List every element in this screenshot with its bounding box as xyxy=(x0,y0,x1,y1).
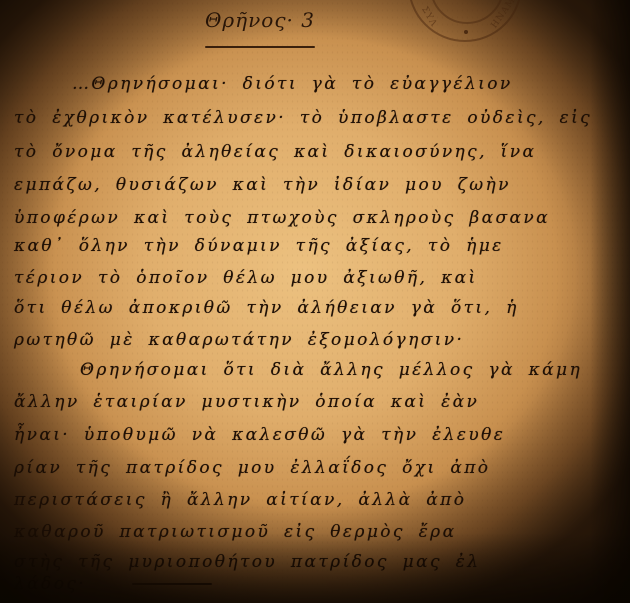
bottom-edge-shadow xyxy=(0,533,630,603)
manuscript-page: ΣΥΛ ΗΝΑΜ Θρῆνος· 3 …Θρηνήσομαι· διότι γὰ… xyxy=(0,0,630,603)
manuscript-heading: Θρῆνος· 3 xyxy=(205,8,315,32)
manuscript-line: ὑποφέρων καὶ τοὺς πτωχοὺς σκληροὺς βασαν… xyxy=(14,208,550,228)
stamp-left-text: ΣΥΛ xyxy=(419,5,439,29)
archive-stamp: ΣΥΛ ΗΝΑΜ xyxy=(408,0,522,42)
manuscript-line: ὅτι θέλω ἀποκριθῶ τὴν ἀλήθειαν γὰ ὅτι, ἡ xyxy=(14,298,519,318)
manuscript-line: ἦναι· ὑποθυμῶ νὰ καλεσθῶ γὰ τὴν ἐλευθε xyxy=(14,425,505,445)
manuscript-line: Θρηνήσομαι ὅτι διὰ ἄλλης μέλλος γὰ κάμη xyxy=(80,360,582,380)
heading-underline xyxy=(205,46,315,48)
manuscript-line: εμπάζω, θυσιάζων καὶ τὴν ἰδίαν μου ζωὴν xyxy=(14,175,511,195)
right-edge-shadow xyxy=(590,0,630,603)
manuscript-line: ρωτηθῶ μὲ καθαρωτάτην ἐξομολόγησιν· xyxy=(14,330,464,350)
manuscript-line: περιστάσεις ἢ ἄλλην αἰτίαν, ἀλλὰ ἀπὸ xyxy=(14,490,466,510)
manuscript-line: ρίαν τῆς πατρίδος μου ἐλλαΐδος ὄχι ἀπὸ xyxy=(14,458,490,478)
manuscript-line: …Θρηνήσομαι· διότι γὰ τὸ εὐαγγέλιον xyxy=(72,74,513,94)
manuscript-line: ἄλλην ἑταιρίαν μυστικὴν ὁποία καὶ ἐὰν xyxy=(14,392,479,412)
manuscript-line: τὸ ἐχθρικὸν κατέλυσεν· τὸ ὑποβλαστε οὐδε… xyxy=(14,108,592,128)
manuscript-line: τέριον τὸ ὁποῖον θέλω μου ἀξιωθῆ, καὶ xyxy=(14,268,478,288)
stamp-dot xyxy=(464,30,468,34)
manuscript-line: τὸ ὄνομα τῆς ἀληθείας καὶ δικαιοσύνης, ἵ… xyxy=(14,142,536,162)
manuscript-line: καθ᾽ ὅλην τὴν δύναμιν τῆς ἀξίας, τὸ ἡμε xyxy=(14,236,504,256)
